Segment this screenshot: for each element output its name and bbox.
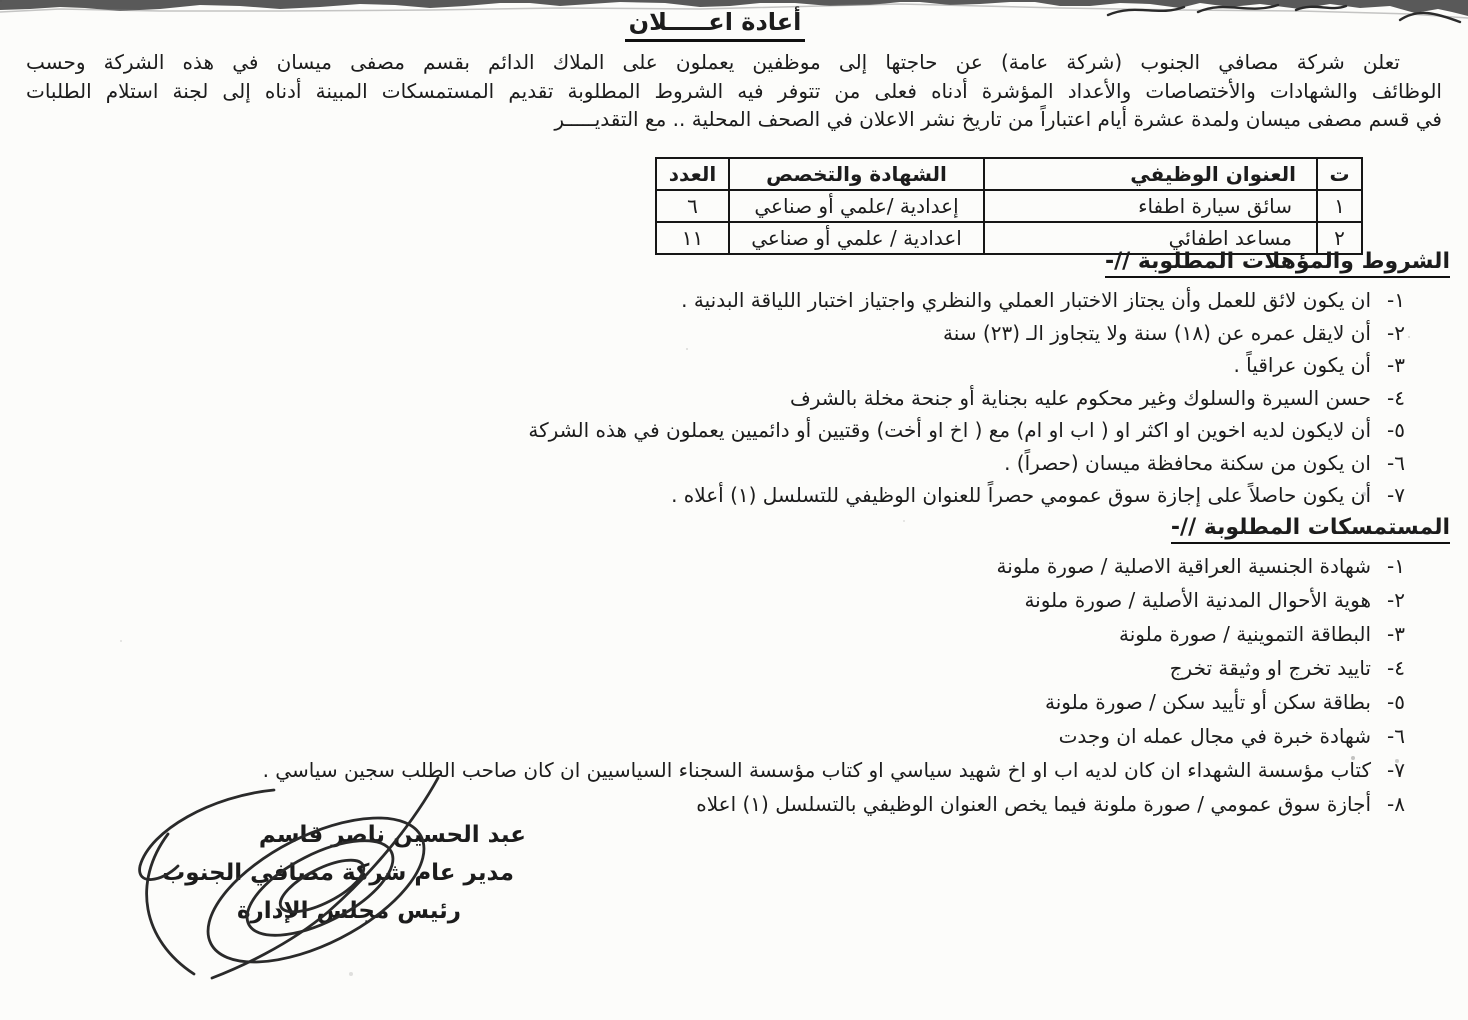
header-certificate: الشهادة والتخصص (729, 158, 984, 190)
intro-line-3: في قسم مصفى ميسان ولمدة عشرة أيام اعتبار… (26, 105, 1442, 134)
item-number: ٥- (1387, 414, 1413, 447)
item-text: أن يكون حاصلاً على إجازة سوق عمومي حصراً… (671, 483, 1371, 507)
scanned-announcement-page: أعادة اعـــــلان تعلن شركة مصافي الجنوب … (0, 0, 1468, 1020)
cell-certificate: إعدادية /علمي أو صناعي (729, 190, 984, 222)
item-text: هوية الأحوال المدنية الأصلية / صورة ملون… (1024, 588, 1371, 612)
list-item: ٦-ان يكون من سكنة محافظة ميسان (حصراً) . (28, 447, 1413, 480)
list-item: ٧-أن يكون حاصلاً على إجازة سوق عمومي حصر… (28, 479, 1413, 512)
item-text: شهادة الجنسية العراقية الاصلية / صورة مل… (997, 554, 1371, 578)
item-number: ٢- (1387, 583, 1413, 617)
item-text: البطاقة التموينية / صورة ملونة (1119, 622, 1371, 646)
item-number: ٧- (1387, 479, 1413, 512)
item-number: ٣- (1387, 617, 1413, 651)
cell-seq: ١ (1317, 190, 1362, 222)
list-item: ٢-هوية الأحوال المدنية الأصلية / صورة مل… (15, 583, 1413, 617)
item-text: بطاقة سكن أو تأييد سكن / صورة ملونة (1045, 690, 1371, 714)
documents-heading-text: المستمسكات المطلوبة //- (1171, 515, 1450, 544)
intro-paragraph: تعلن شركة مصافي الجنوب (شركة عامة) عن حا… (26, 48, 1442, 134)
list-item: ٦-شهادة خبرة في مجال عمله ان وجدت (15, 719, 1413, 753)
item-number: ٤- (1387, 382, 1413, 415)
item-number: ٦- (1387, 447, 1413, 480)
list-item: ٥-أن لايكون لديه اخوين او اكثر او ( اب ا… (28, 414, 1413, 447)
item-text: ان يكون لائق للعمل وأن يجتاز الاختبار ال… (681, 288, 1371, 312)
item-number: ٢- (1387, 317, 1413, 350)
header-count: العدد (656, 158, 729, 190)
list-item: ٣-البطاقة التموينية / صورة ملونة (15, 617, 1413, 651)
item-number: ٣- (1387, 349, 1413, 382)
item-number: ٦- (1387, 719, 1413, 753)
item-number: ٧- (1387, 753, 1413, 787)
conditions-list: ١-ان يكون لائق للعمل وأن يجتاز الاختبار … (28, 284, 1413, 512)
conditions-heading: الشروط والمؤهلات المطلوبة //- (1105, 249, 1450, 278)
handwritten-signature (116, 772, 461, 982)
table-row: ١ سائق سيارة اطفاء إعدادية /علمي أو صناع… (656, 190, 1362, 222)
intro-line-1: تعلن شركة مصافي الجنوب (شركة عامة) عن حا… (26, 48, 1442, 77)
list-item: ٢-أن لايقل عمره عن (١٨) سنة ولا يتجاوز ا… (28, 317, 1413, 350)
item-text: أجازة سوق عمومي / صورة ملونة فيما يخص ال… (696, 792, 1371, 816)
list-item: ٤-تاييد تخرج او وثيقة تخرج (15, 651, 1413, 685)
item-number: ٥- (1387, 685, 1413, 719)
item-text: شهادة خبرة في مجال عمله ان وجدت (1059, 724, 1371, 748)
item-text: ان يكون من سكنة محافظة ميسان (حصراً) . (1004, 451, 1371, 475)
header-seq: ت (1317, 158, 1362, 190)
list-item: ١-ان يكون لائق للعمل وأن يجتاز الاختبار … (28, 284, 1413, 317)
item-text: أن يكون عراقياً . (1233, 353, 1371, 377)
item-number: ١- (1387, 549, 1413, 583)
intro-line-2: الوظائف والشهادات والأختصاصات والأعداد ا… (26, 77, 1442, 106)
cell-job-title: سائق سيارة اطفاء (984, 190, 1317, 222)
item-text: أن لايكون لديه اخوين او اكثر او ( اب او … (528, 418, 1371, 442)
list-item: ٣-أن يكون عراقياً . (28, 349, 1413, 382)
header-job-title: العنوان الوظيفي (984, 158, 1317, 190)
cell-count: ١١ (656, 222, 729, 254)
vacancies-table: ت العنوان الوظيفي الشهادة والتخصص العدد … (655, 157, 1363, 255)
documents-heading: المستمسكات المطلوبة //- (1171, 515, 1450, 544)
list-item: ٤-حسن السيرة والسلوك وغير محكوم عليه بجن… (28, 382, 1413, 415)
list-item: ٥-بطاقة سكن أو تأييد سكن / صورة ملونة (15, 685, 1413, 719)
item-text: أن لايقل عمره عن (١٨) سنة ولا يتجاوز الـ… (943, 321, 1371, 345)
cell-count: ٦ (656, 190, 729, 222)
conditions-heading-text: الشروط والمؤهلات المطلوبة //- (1105, 249, 1450, 278)
item-text: تاييد تخرج او وثيقة تخرج (1170, 656, 1371, 680)
handwriting-fragment-artifact (1100, 0, 1468, 24)
cell-certificate: اعدادية / علمي أو صناعي (729, 222, 984, 254)
item-number: ٤- (1387, 651, 1413, 685)
list-item: ١-شهادة الجنسية العراقية الاصلية / صورة … (15, 549, 1413, 583)
item-number: ١- (1387, 284, 1413, 317)
item-text: حسن السيرة والسلوك وغير محكوم عليه بجناي… (790, 386, 1371, 410)
table-header-row: ت العنوان الوظيفي الشهادة والتخصص العدد (656, 158, 1362, 190)
item-number: ٨- (1387, 787, 1413, 821)
